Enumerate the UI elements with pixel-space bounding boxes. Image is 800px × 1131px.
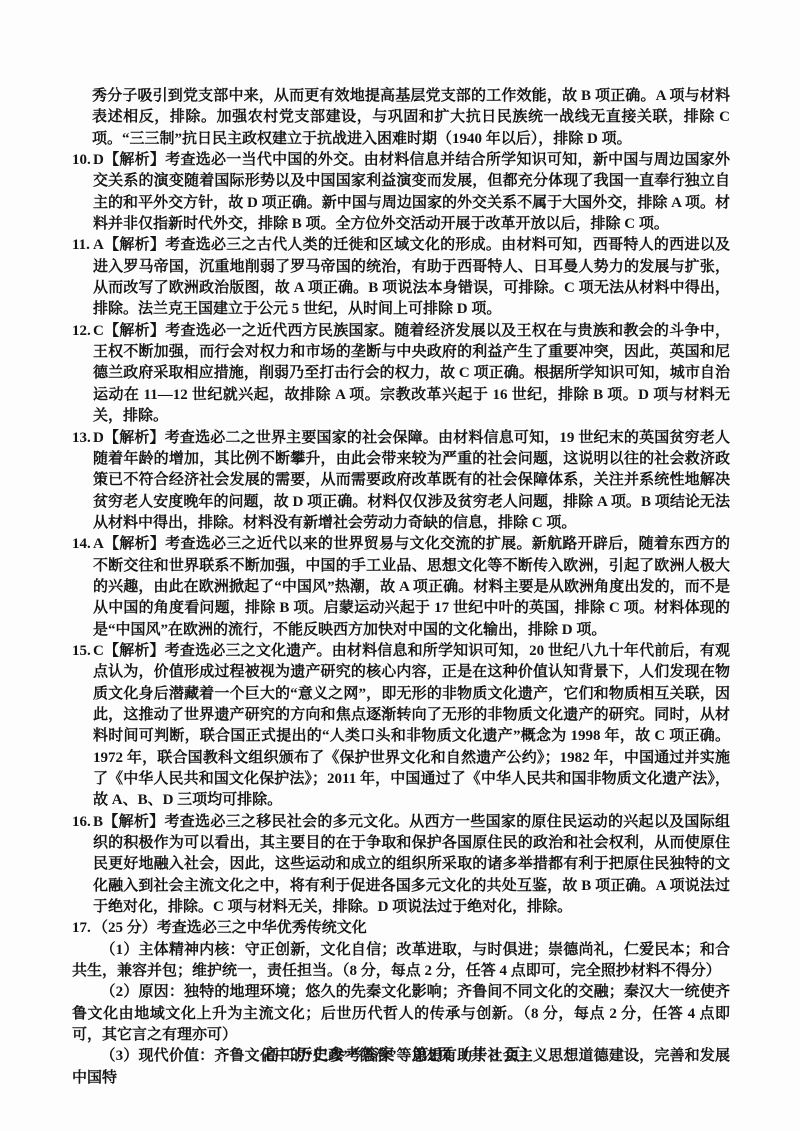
item-number: 12. [72, 321, 93, 342]
item-number: 17. [72, 918, 91, 939]
footer-page-number: 第2页（共 3 页） [412, 1047, 537, 1064]
answer-item-16: 16. B【解析】考查选必三之移民社会的多元文化。从西方一些国家的原住民运动的兴… [72, 812, 730, 919]
item17-part-2: （2）原因：独特的地理环境；悠久的先秦文化影响；齐鲁间不同文化的交融；秦汉大一统… [72, 982, 730, 1046]
item17-intro: （25 分）考查选必三之中华优秀传统文化 [93, 920, 367, 936]
item-body: C【解析】考查选必三之文化遗产。由材料信息和所学知识可知，20 世纪八九十年代前… [93, 641, 730, 812]
answer-item-11: 11. A【解析】考查选必三之古代人类的迁徙和区域文化的形成。由材料可知，西哥特… [72, 235, 730, 320]
item-number: 15. [72, 641, 93, 662]
item17-heading: 17.（25 分）考查选必三之中华优秀传统文化 [72, 918, 730, 939]
item-number: 16. [72, 812, 93, 833]
answer-item-14: 14. A【解析】考查选必三之近代以来的世界贸易与文化交流的扩展。新航路开辟后，… [72, 534, 730, 641]
item-body: D【解析】考查选必二之世界主要国家的社会保障。由材料信息可知，19 世纪末的英国… [93, 428, 730, 535]
item-number: 13. [72, 428, 93, 449]
item-body: D【解析】考查选必一当代中国的外交。由材料信息并结合所学知识可知，新中国与周边国… [93, 150, 730, 235]
item-number: 14. [72, 534, 93, 555]
document-page: 秀分子吸引到党支部中来，从而更有效地提高基层党支部的工作效能，故 B 项正确。A… [0, 0, 800, 1131]
footer-doc-title: 高二历史参考答案 [263, 1047, 395, 1064]
answer-item-15: 15. C【解析】考查选必三之文化遗产。由材料信息和所学知识可知，20 世纪八九… [72, 641, 730, 812]
answer-item-12: 12. C【解析】考查选必一之近代西方民族国家。随着经济发展以及王权在与贵族和教… [72, 321, 730, 428]
item-number: 10. [72, 150, 93, 171]
item-body: B【解析】考查选必三之移民社会的多元文化。从西方一些国家的原住民运动的兴起以及国… [93, 812, 730, 919]
item-number: 11. [72, 235, 93, 256]
item-body: C【解析】考查选必一之近代西方民族国家。随着经济发展以及王权在与贵族和教会的斗争… [93, 321, 730, 428]
answer-item-13: 13. D【解析】考查选必二之世界主要国家的社会保障。由材料信息可知，19 世纪… [72, 428, 730, 535]
page-footer: 高二历史参考答案第2页（共 3 页） [0, 1042, 800, 1065]
item-body: A【解析】考查选必三之古代人类的迁徙和区域文化的形成。由材料可知，西哥特人的西进… [93, 235, 730, 320]
item-body: A【解析】考查选必三之近代以来的世界贸易与文化交流的扩展。新航路开辟后，随着东西… [93, 534, 730, 641]
answer-item-10: 10. D【解析】考查选必一当代中国的外交。由材料信息并结合所学知识可知，新中国… [72, 150, 730, 235]
paragraph-item9-continuation: 秀分子吸引到党支部中来，从而更有效地提高基层党支部的工作效能，故 B 项正确。A… [72, 86, 730, 150]
item17-part-1: （1）主体精神内核：守正创新，文化自信；改革进取，与时俱进；崇德尚礼，仁爱民本；… [72, 940, 730, 983]
answer-sheet-content: 秀分子吸引到党支部中来，从而更有效地提高基层党支部的工作效能，故 B 项正确。A… [72, 86, 730, 1089]
